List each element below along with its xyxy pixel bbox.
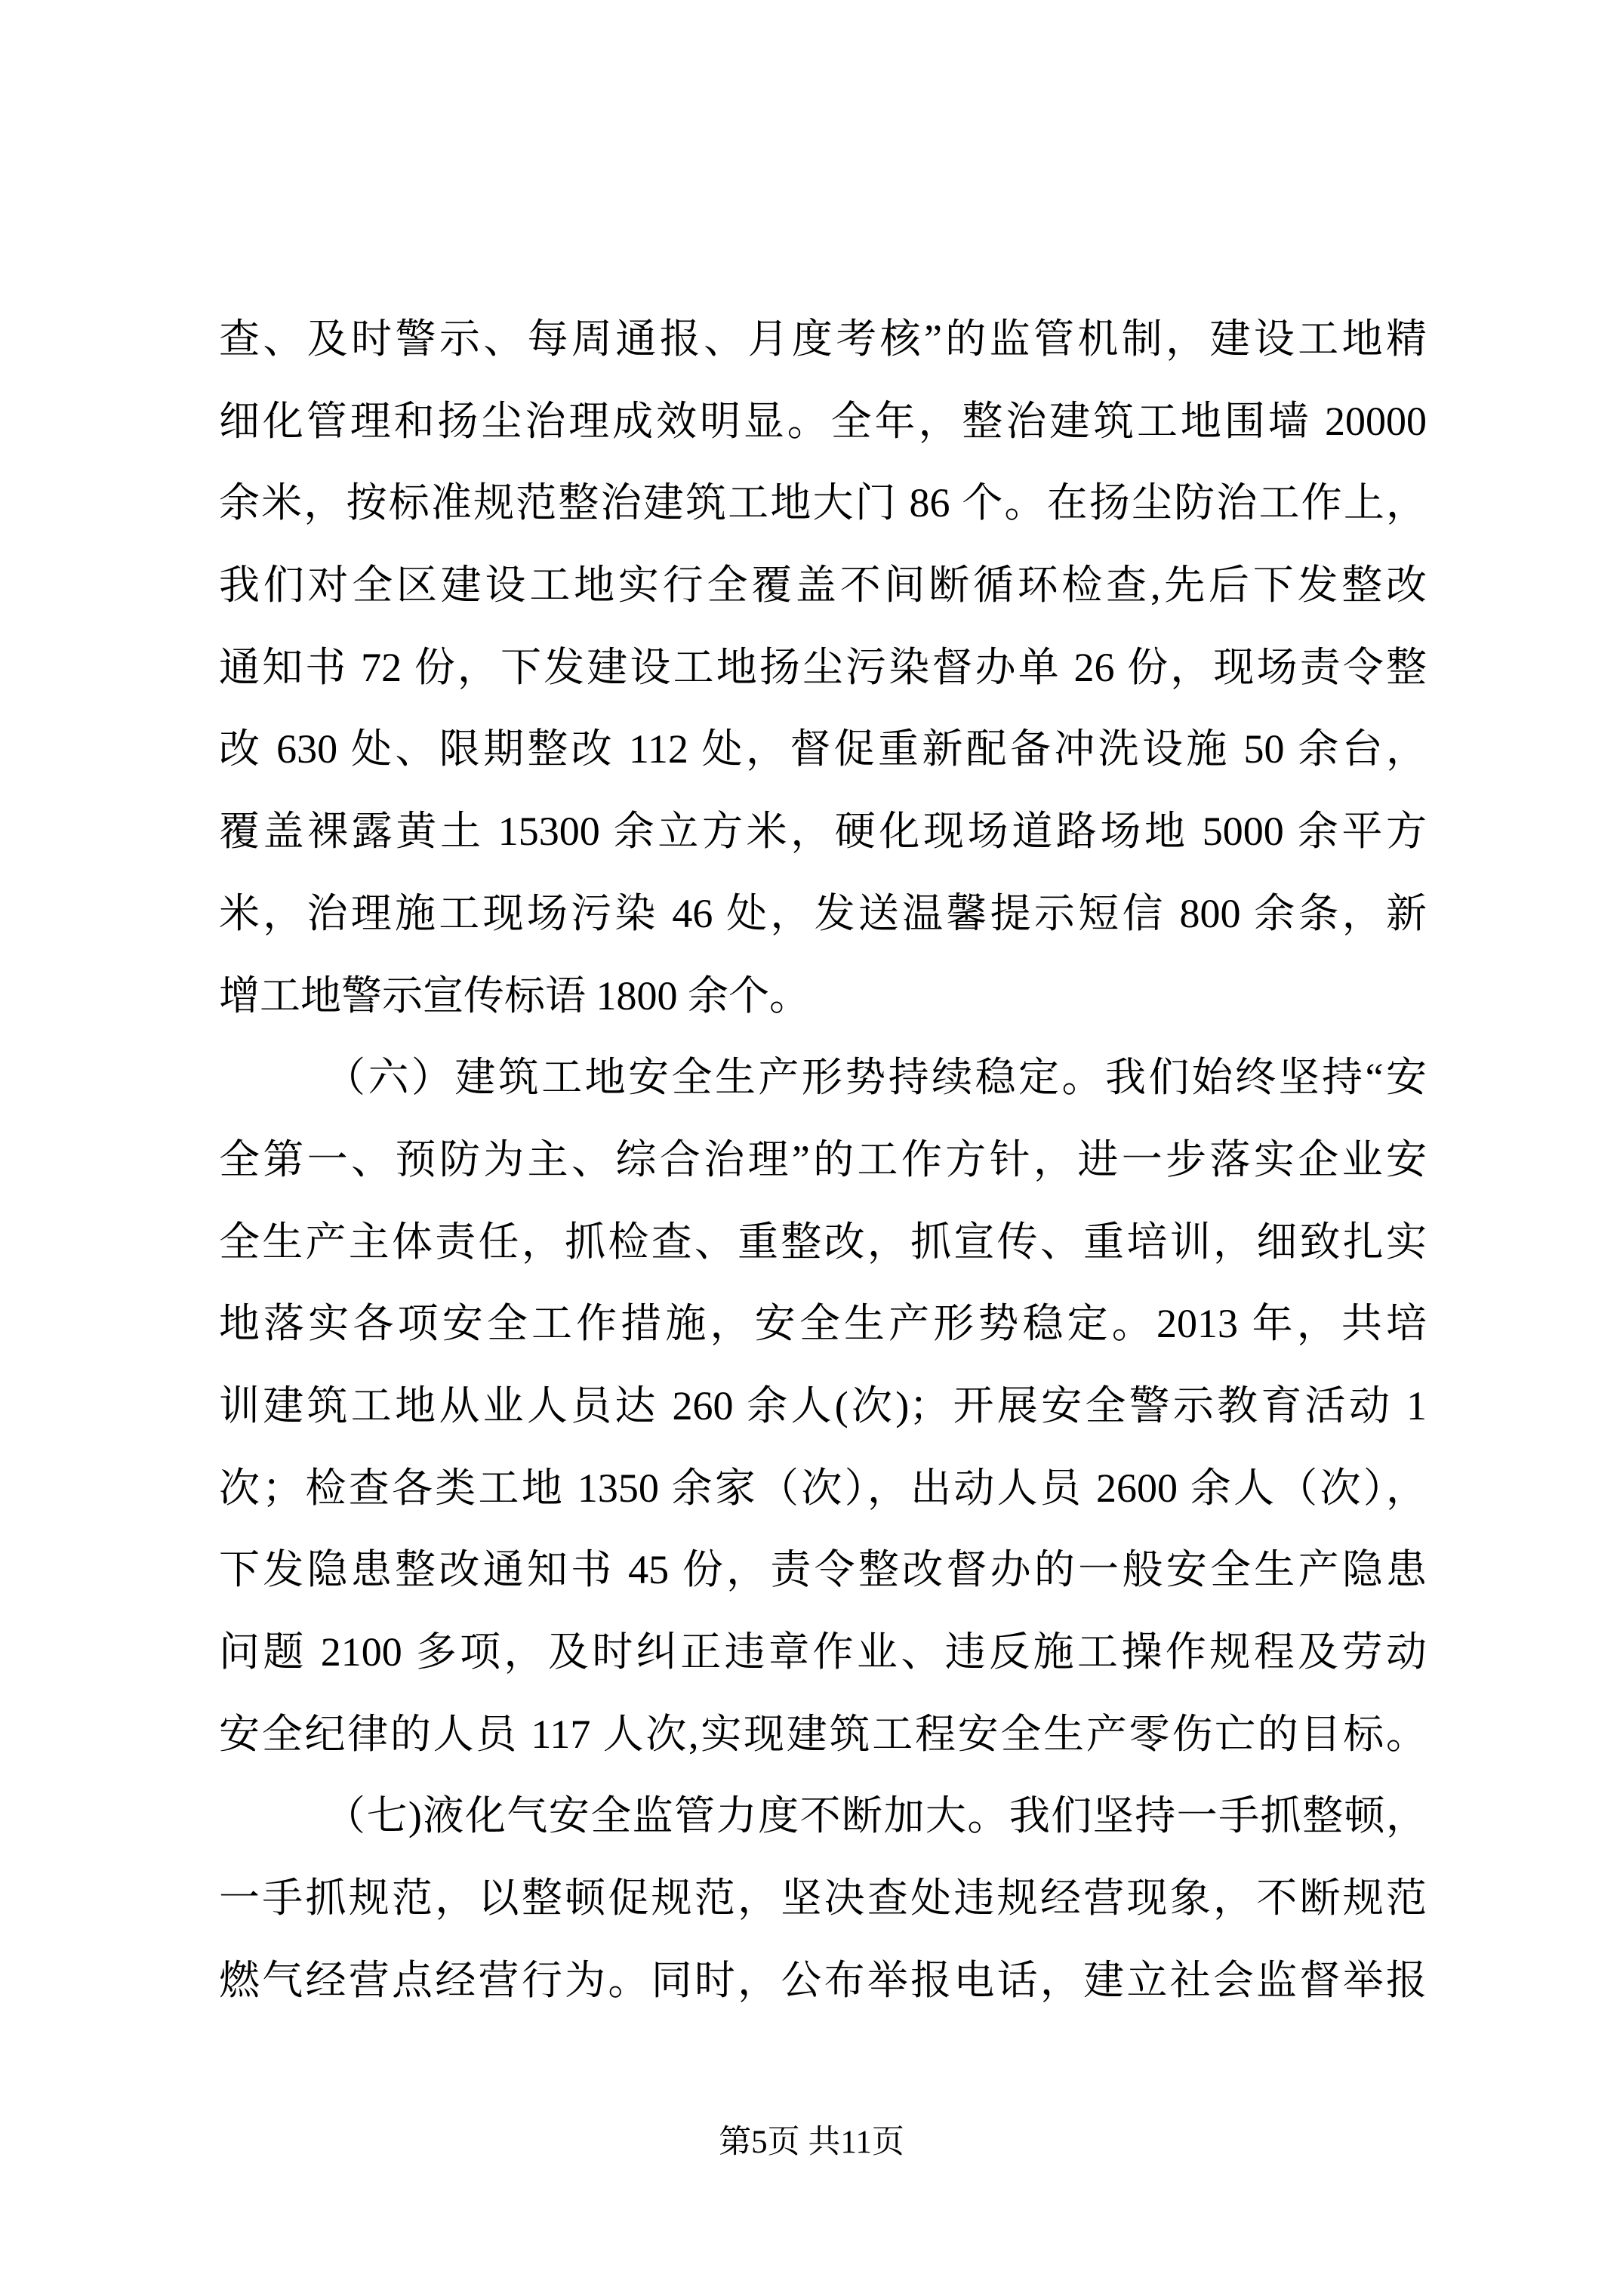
text-line: 燃气经营点经营行为。同时，公布举报电话，建立社会监督举报 [219,1940,1427,2022]
text-line: 次；检查各类工地 1350 余家（次），出动人员 2600 余人（次）， [219,1447,1427,1530]
text-line: （六）建筑工地安全生产形势持续稳定。我们始终坚持“安 [219,1037,1427,1119]
text-line: 问题 2100 多项，及时纠正违章作业、违反施工操作规程及劳动 [219,1611,1427,1693]
text-line: 覆盖裸露黄土 15300 余立方米，硬化现场道路场地 5000 余平方 [219,791,1427,873]
page-number-label: 第5页 共11页 [719,2125,904,2160]
text-line: 细化管理和扬尘治理成效明显。全年，整治建筑工地围墙 20000 [219,381,1427,463]
text-line: 增工地警示宣传标语 1800 余个。 [219,955,1427,1037]
document-page: 查、及时警示、每周通报、月度考核”的监管机制，建设工地精细化管理和扬尘治理成效明… [0,0,1623,2296]
text-line: 我们对全区建设工地实行全覆盖不间断循环检查,先后下发整改 [219,544,1427,627]
text-line: 查、及时警示、每周通报、月度考核”的监管机制，建设工地精 [219,298,1427,381]
text-line: 通知书 72 份，下发建设工地扬尘污染督办单 26 份，现场责令整 [219,627,1427,709]
text-line: 一手抓规范，以整顿促规范，坚决查处违规经营现象，不断规范 [219,1857,1427,1940]
text-line: 全第一、预防为主、综合治理”的工作方针，进一步落实企业安 [219,1119,1427,1201]
text-line: 下发隐患整改通知书 45 份，责令整改督办的一般安全生产隐患 [219,1529,1427,1611]
text-line: 改 630 处、限期整改 112 处，督促重新配备冲洗设施 50 余台， [219,708,1427,791]
text-line: 米，治理施工现场污染 46 处，发送温馨提示短信 800 余条，新 [219,873,1427,955]
text-line: 余米，按标准规范整治建筑工地大门 86 个。在扬尘防治工作上， [219,462,1427,544]
text-line: 全生产主体责任，抓检查、重整改，抓宣传、重培训，细致扎实 [219,1201,1427,1284]
text-line: （七)液化气安全监管力度不断加大。我们坚持一手抓整顿， [219,1775,1427,1857]
text-line: 训建筑工地从业人员达 260 余人(次)；开展安全警示教育活动 1 [219,1365,1427,1447]
page-footer: 第5页 共11页 [0,2119,1623,2167]
text-line: 地落实各项安全工作措施，安全生产形势稳定。2013 年，共培 [219,1283,1427,1365]
text-line: 安全纪律的人员 117 人次,实现建筑工程安全生产零伤亡的目标。 [219,1693,1427,1776]
body-text: 查、及时警示、每周通报、月度考核”的监管机制，建设工地精细化管理和扬尘治理成效明… [219,298,1427,2021]
